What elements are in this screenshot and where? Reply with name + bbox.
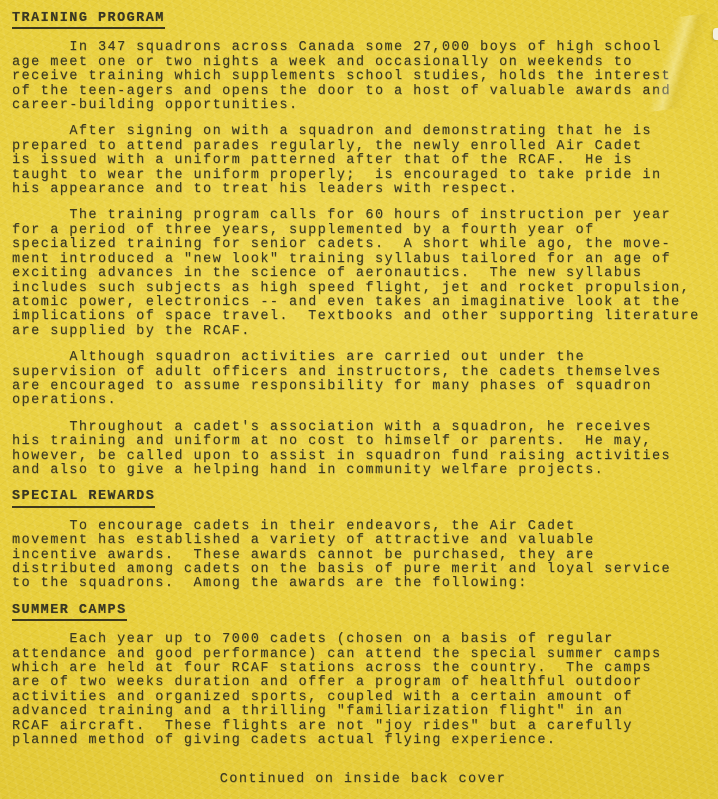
paragraph-training-syllabus: The training program calls for 60 hours …: [12, 209, 714, 339]
paragraph-summer-camps-details: Each year up to 7000 cadets (chosen on a…: [12, 633, 714, 748]
paper-edge-notch-decoration: [713, 28, 718, 40]
heading-training-program-text: TRAINING PROGRAM: [12, 12, 165, 29]
heading-special-rewards: SPECIAL REWARDS: [12, 490, 714, 507]
heading-summer-camps: SUMMER CAMPS: [12, 604, 714, 621]
paragraph-uniform-enrollment: After signing on with a squadron and dem…: [12, 125, 714, 197]
section-special-rewards: SPECIAL REWARDS To encourage cadets in t…: [12, 490, 714, 591]
heading-summer-camps-text: SUMMER CAMPS: [12, 604, 127, 621]
paper-page: TRAINING PROGRAM In 347 squadrons across…: [0, 0, 718, 799]
paragraph-incentive-awards: To encourage cadets in their endeavors, …: [12, 520, 714, 592]
footer-note: Continued on inside back cover: [12, 773, 714, 787]
section-summer-camps: SUMMER CAMPS Each year up to 7000 cadets…: [12, 604, 714, 749]
paragraph-squadron-responsibility: Although squadron activities are carried…: [12, 351, 714, 409]
section-training-program: TRAINING PROGRAM In 347 squadrons across…: [12, 12, 714, 478]
heading-training-program: TRAINING PROGRAM: [12, 12, 714, 29]
paragraph-squadrons-overview: In 347 squadrons across Canada some 27,0…: [12, 41, 714, 113]
paragraph-no-cost-training: Throughout a cadet's association with a …: [12, 421, 714, 479]
heading-special-rewards-text: SPECIAL REWARDS: [12, 490, 155, 507]
